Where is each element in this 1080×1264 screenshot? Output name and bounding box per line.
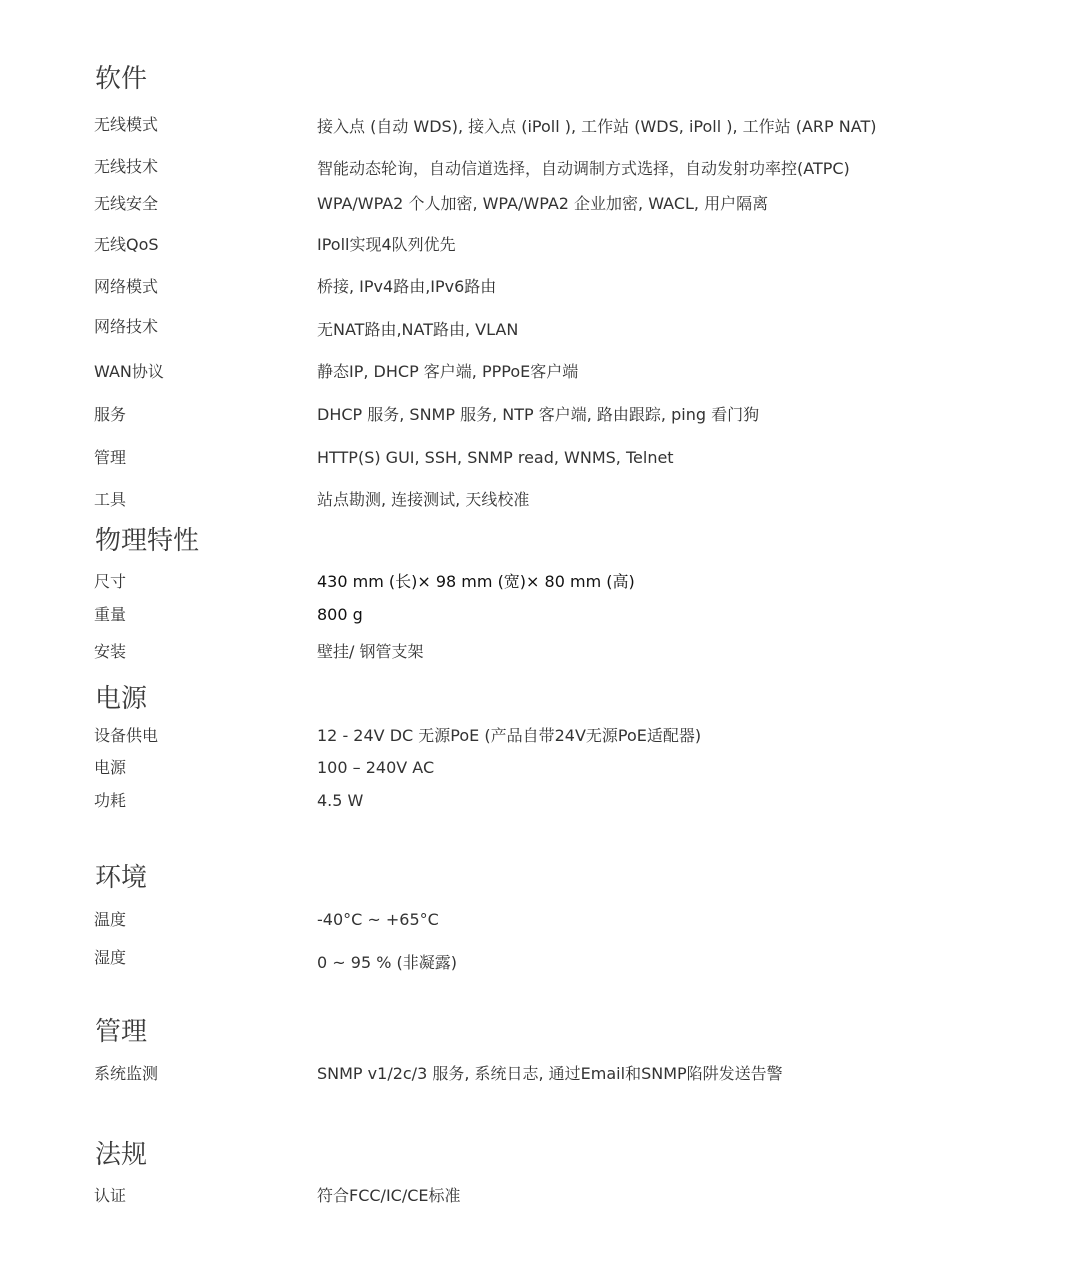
- spec-value: 无NAT路由,NAT路由, VLAN: [317, 322, 518, 338]
- spec-label: 无线安全: [94, 196, 158, 212]
- spec-label: 无线QoS: [94, 237, 159, 253]
- spec-label: 温度: [94, 912, 126, 928]
- spec-value: WPA/WPA2 个人加密, WPA/WPA2 企业加密, WACL, 用户隔离: [317, 196, 768, 212]
- spec-label: WAN协议: [94, 364, 164, 380]
- section-title-management: 管理: [95, 1019, 147, 1045]
- spec-value: 符合FCC/IC/CE标准: [317, 1188, 461, 1204]
- spec-label: 管理: [94, 450, 126, 466]
- section-title-power: 电源: [95, 686, 147, 712]
- spec-label: 系统监测: [94, 1066, 158, 1082]
- spec-value: HTTP(S) GUI, SSH, SNMP read, WNMS, Telne…: [317, 450, 674, 466]
- spec-label: 服务: [94, 407, 126, 423]
- spec-label: 湿度: [94, 950, 126, 966]
- spec-value: 接入点 (自动 WDS), 接入点 (iPoll ), 工作站 (WDS, iP…: [317, 119, 876, 135]
- spec-value: 12 - 24V DC 无源PoE (产品自带24V无源PoE适配器): [317, 728, 701, 744]
- spec-label: 电源: [94, 760, 126, 776]
- spec-value: 100 – 240V AC: [317, 760, 434, 776]
- spec-value: 4.5 W: [317, 793, 363, 809]
- spec-label: 尺寸: [94, 574, 126, 590]
- spec-value: 0 ~ 95 % (非凝露): [317, 955, 457, 971]
- spec-label: 网络技术: [94, 319, 158, 335]
- spec-label: 网络模式: [94, 279, 158, 295]
- spec-label: 功耗: [94, 793, 126, 809]
- spec-value: 桥接, IPv4路由,IPv6路由: [317, 279, 496, 295]
- spec-value: 智能动态轮询，自动信道选择，自动调制方式选择，自动发射功率控(ATPC): [317, 161, 850, 177]
- spec-value: -40°C ~ +65°C: [317, 912, 439, 928]
- spec-label: 重量: [94, 607, 126, 623]
- spec-value: 800 g: [317, 607, 363, 623]
- spec-value: DHCP 服务, SNMP 服务, NTP 客户端, 路由跟踪, ping 看门…: [317, 407, 759, 423]
- spec-label: 设备供电: [94, 728, 158, 744]
- spec-value: 壁挂/ 钢管支架: [317, 644, 423, 660]
- spec-value: SNMP v1/2c/3 服务, 系统日志, 通过Email和SNMP陷阱发送告…: [317, 1066, 783, 1082]
- spec-value: 430 mm (长)× 98 mm (宽)× 80 mm (高): [317, 574, 635, 590]
- section-title-software: 软件: [95, 66, 147, 92]
- spec-label: 无线模式: [94, 117, 158, 133]
- section-title-regulatory: 法规: [95, 1142, 147, 1168]
- section-title-physical: 物理特性: [95, 528, 199, 554]
- spec-value: 静态IP, DHCP 客户端, PPPoE客户端: [317, 364, 578, 380]
- spec-value: 站点勘测, 连接测试, 天线校准: [317, 492, 529, 508]
- spec-label: 无线技术: [94, 159, 158, 175]
- spec-label: 工具: [94, 492, 126, 508]
- spec-value: IPoll实现4队列优先: [317, 237, 456, 253]
- spec-label: 认证: [94, 1188, 126, 1204]
- spec-label: 安装: [94, 644, 126, 660]
- section-title-environment: 环境: [95, 865, 147, 891]
